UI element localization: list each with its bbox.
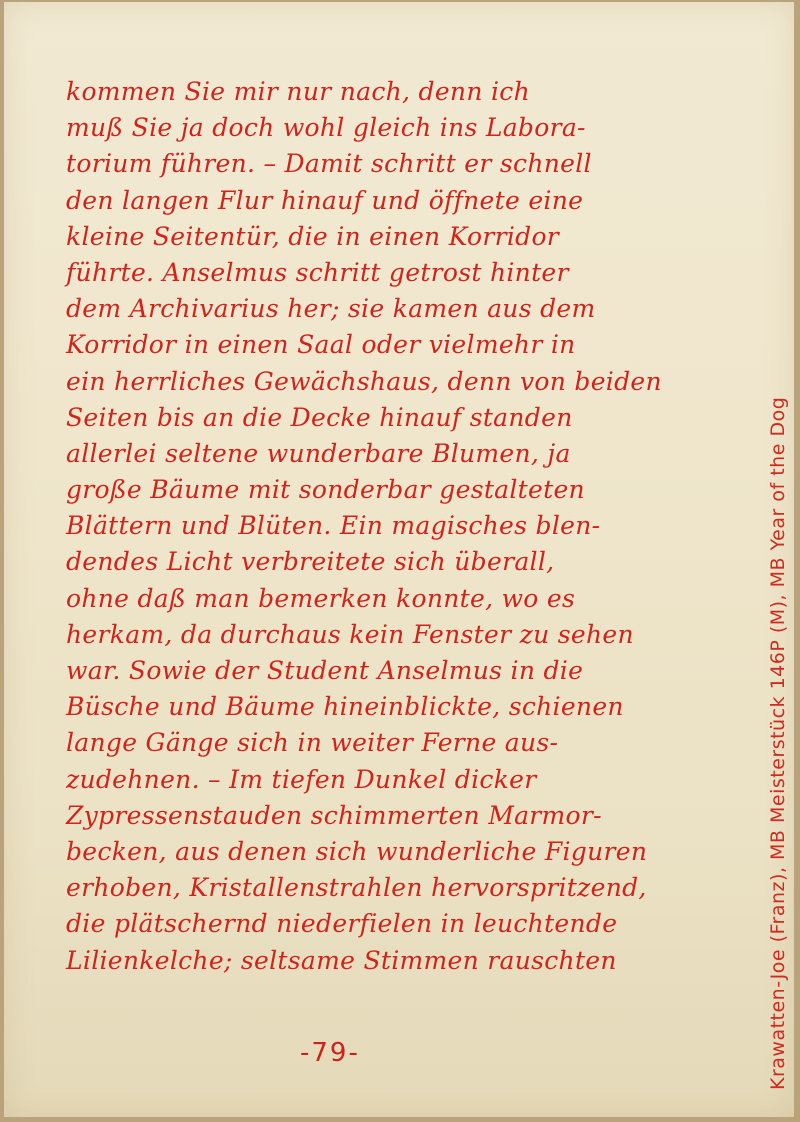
text-line-20: zudehnen. – Im tiefen Dunkel dicker xyxy=(66,762,746,798)
text-line-13: Blättern und Blüten. Ein magisches blen- xyxy=(66,508,746,544)
manuscript-page: kommen Sie mir nur nach, denn ich muß Si… xyxy=(4,2,794,1117)
text-line-6: führte. Anselmus schritt getrost hinter xyxy=(66,255,746,291)
text-line-5: kleine Seitentür, die in einen Korridor xyxy=(66,219,746,255)
text-line-24: die plätschernd niederfielen in leuchten… xyxy=(66,906,746,942)
text-line-12: große Bäume mit sonderbar gestalteten xyxy=(66,472,746,508)
text-line-15: ohne daß man bemerken konnte, wo es xyxy=(66,581,746,617)
text-line-14: dendes Licht verbreitete sich überall, xyxy=(66,544,746,580)
text-line-4: den langen Flur hinauf und öffnete eine xyxy=(66,183,746,219)
text-line-10: Seiten bis an die Decke hinauf standen xyxy=(66,400,746,436)
text-line-21: Zypressenstauden schimmerten Marmor- xyxy=(66,798,746,834)
text-line-17: war. Sowie der Student Anselmus in die xyxy=(66,653,746,689)
text-line-1: kommen Sie mir nur nach, denn ich xyxy=(66,74,746,110)
page-number: -79- xyxy=(300,1038,360,1068)
text-line-18: Büsche und Bäume hineinblickte, schienen xyxy=(66,689,746,725)
text-line-7: dem Archivarius her; sie kamen aus dem xyxy=(66,291,746,327)
text-line-8: Korridor in einen Saal oder vielmehr in xyxy=(66,327,746,363)
text-line-16: herkam, da durchaus kein Fenster zu sehe… xyxy=(66,617,746,653)
text-line-19: lange Gänge sich in weiter Ferne aus- xyxy=(66,725,746,761)
text-line-3: torium führen. – Damit schritt er schnel… xyxy=(66,146,746,182)
text-line-9: ein herrliches Gewächshaus, denn von bei… xyxy=(66,364,746,400)
text-line-25: Lilienkelche; seltsame Stimmen rauschten xyxy=(66,943,746,979)
text-line-11: allerlei seltene wunderbare Blumen, ja xyxy=(66,436,746,472)
text-line-23: erhoben, Kristallenstrahlen hervorspritz… xyxy=(66,870,746,906)
margin-note-pen-ink: Krawatten-Joe (Franz), MB Meisterstück 1… xyxy=(767,397,789,1090)
text-line-2: muß Sie ja doch wohl gleich ins Labora- xyxy=(66,110,746,146)
text-line-22: becken, aus denen sich wunderliche Figur… xyxy=(66,834,746,870)
handwritten-text-block: kommen Sie mir nur nach, denn ich muß Si… xyxy=(66,74,746,979)
